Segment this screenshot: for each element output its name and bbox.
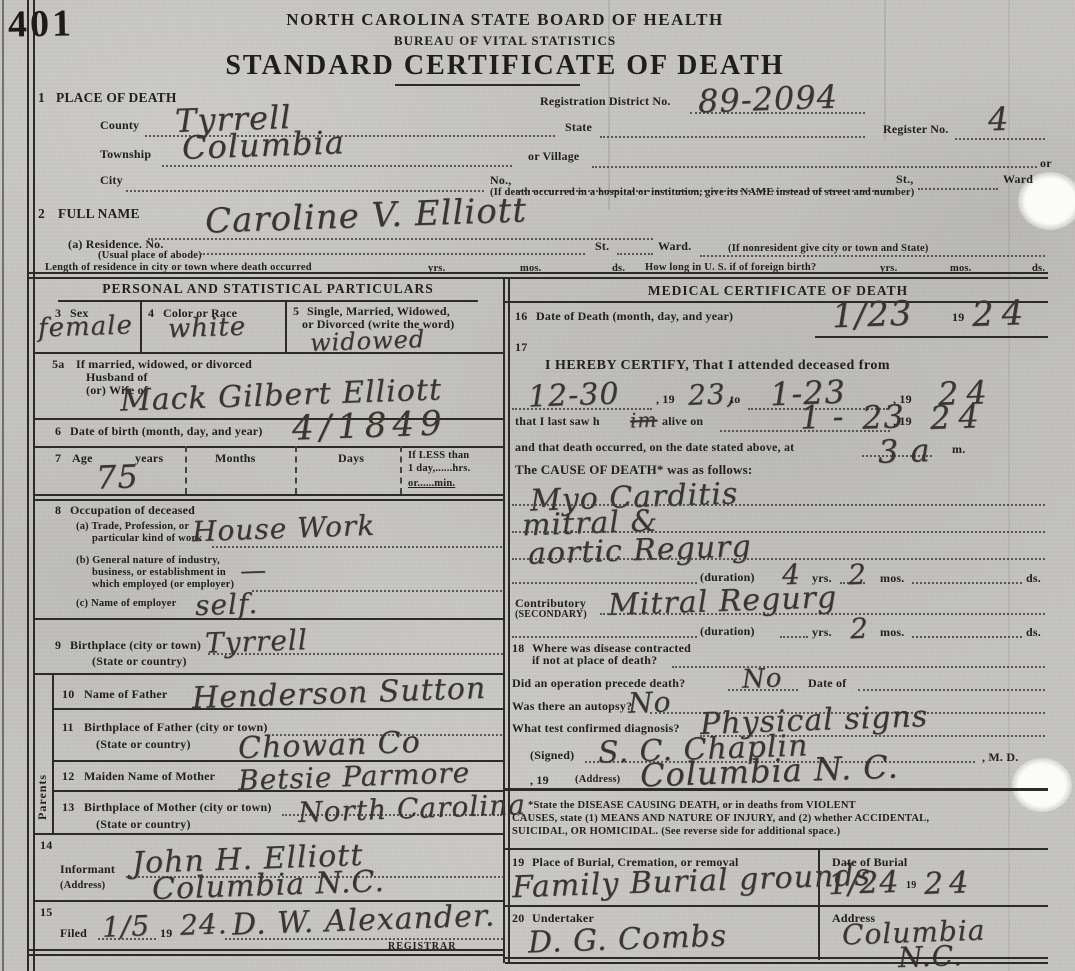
autopsy-value: No	[627, 685, 671, 719]
rule	[505, 848, 1048, 850]
operation-date-label: Date of	[808, 676, 846, 691]
dotted-line	[672, 666, 1045, 668]
death-certificate-scan: 401 NORTH CAROLINA STATE BOARD OF HEALTH…	[0, 0, 1075, 971]
dotted-line	[700, 255, 1045, 257]
contracted-label-2: if not at place of death?	[532, 653, 657, 668]
cause-of-death-label: The CAUSE OF DEATH* was as follows:	[515, 462, 752, 478]
nonresident-note: (If nonresident give city or town and St…	[728, 243, 929, 254]
residence-st-label: St.	[595, 239, 609, 254]
item-19-number: 19	[512, 855, 524, 870]
last-saw-year-prefix: , 19	[893, 414, 912, 429]
autopsy-label: Was there an autopsy?	[512, 699, 632, 714]
rule	[58, 300, 478, 302]
rule	[505, 301, 1048, 303]
from-year-prefix: , 19	[656, 392, 675, 407]
item-4-number: 4	[148, 306, 154, 321]
cause-line-3: aortic Regurg	[527, 529, 752, 572]
last-saw-scratch: im	[630, 408, 658, 433]
punch-hole	[1012, 758, 1072, 812]
birthplace-label: Birthplace (city or town)	[70, 638, 201, 653]
personal-section-title: PERSONAL AND STATISTICAL PARTICULARS	[33, 281, 503, 297]
item-9-number: 9	[55, 638, 61, 653]
filed-label: Filed	[60, 926, 87, 941]
dotted-line	[126, 190, 484, 192]
city-label: City	[100, 173, 123, 188]
rule	[505, 905, 1048, 907]
or-label: or	[1040, 156, 1052, 171]
item-15-number: 15	[40, 905, 52, 920]
rule	[33, 446, 503, 448]
left-rule-inner	[33, 0, 35, 971]
contributory-ds-label: ds.	[1026, 625, 1041, 640]
rule-double	[27, 949, 505, 956]
rule	[815, 336, 1048, 338]
dotted-line	[912, 582, 1022, 584]
registrar-signature: D. W. Alexander.	[231, 898, 495, 942]
color-race-value: white	[168, 312, 247, 345]
dotted-line	[512, 531, 1045, 533]
place-of-death-label: PLACE OF DEATH	[56, 90, 177, 106]
registration-district-label: Registration District No.	[540, 94, 671, 109]
item-13-number: 13	[62, 800, 74, 815]
filed-year-value: 24.	[179, 907, 228, 942]
to-label: to	[730, 392, 740, 407]
dotted-line	[617, 253, 653, 255]
residence-ward-label: Ward.	[658, 239, 691, 254]
item-20-number: 20	[512, 911, 524, 926]
register-no-value: 4	[987, 100, 1010, 139]
last-saw-value: 1 -	[799, 397, 845, 437]
occupation-a-label-1: (a) Trade, Profession, or	[76, 521, 189, 532]
age-years-label: years	[135, 451, 163, 466]
rule	[33, 618, 503, 620]
dob-value: 4/1849	[291, 403, 448, 448]
mother-birthplace-value: North Carolina	[297, 788, 526, 829]
last-saw-label: that I last saw h	[515, 414, 600, 429]
township-label: Township	[100, 147, 151, 162]
contributory-mos-value: 2	[849, 612, 869, 646]
hospital-note: (If death occurred in a hospital or inst…	[490, 187, 914, 198]
sex-value: female	[38, 310, 134, 343]
birthplace-sub-label: (State or country)	[92, 654, 187, 669]
if-less-label-1: If LESS than	[408, 450, 469, 461]
contributory-yrs-label: yrs.	[812, 625, 832, 640]
occupation-c-label: (c) Name of employer	[76, 598, 177, 609]
column-divider	[503, 277, 510, 963]
age-label: Age	[72, 451, 93, 466]
dotted-line	[600, 613, 1045, 615]
if-less-label-3: or......min.	[408, 478, 455, 489]
footnote-line-1: *State the DISEASE CAUSING DEATH, or in …	[528, 800, 856, 811]
item-11-number: 11	[62, 720, 74, 735]
registration-district-value: 89-2094	[697, 78, 838, 121]
last-saw-label-2: alive on	[662, 414, 703, 429]
item-16-number: 16	[515, 309, 527, 324]
dotted-line	[780, 636, 808, 638]
or-village-label: or Village	[528, 149, 579, 164]
item-7-number: 7	[55, 451, 61, 466]
mother-birthplace-label: Birthplace of Mother (city or town)	[84, 800, 272, 815]
occupation-label: Occupation of deceased	[70, 503, 195, 518]
item-1-number: 1	[38, 90, 45, 106]
full-name-label: FULL NAME	[58, 206, 140, 222]
filed-year-prefix: 19	[160, 926, 172, 941]
board-title: NORTH CAROLINA STATE BOARD OF HEALTH	[0, 10, 1010, 30]
dotted-line	[918, 188, 998, 190]
undertaker-address-value-2: N.C.	[897, 939, 963, 971]
mother-name-label: Maiden Name of Mother	[84, 769, 215, 784]
no-label: No.,	[490, 173, 511, 188]
undertaker-value: D. G. Combs	[527, 919, 727, 961]
cell-divider-dashed	[295, 446, 297, 494]
rule-double	[505, 957, 1048, 964]
death-time-value: 3 a	[877, 431, 931, 471]
cell-divider-dashed	[185, 446, 187, 494]
certify-intro: I HEREBY CERTIFY, That I attended deceas…	[545, 358, 890, 374]
dotted-line	[728, 689, 798, 691]
item-6-number: 6	[55, 424, 61, 439]
burial-year-prefix: 19	[906, 880, 916, 891]
fold-line	[1008, 0, 1010, 971]
occupation-a-label-2: particular kind of work	[92, 533, 202, 544]
from-year-value: 23,	[687, 377, 736, 412]
item-18-number: 18	[512, 641, 524, 656]
county-label: County	[100, 118, 139, 133]
medical-section-title: MEDICAL CERTIFICATE OF DEATH	[508, 283, 1048, 299]
certificate-title: STANDARD CERTIFICATE OF DEATH	[0, 50, 1010, 82]
cell-divider-dashed	[400, 446, 402, 494]
heavy-rule	[505, 788, 1048, 791]
dotted-line	[200, 253, 585, 255]
page-edge	[2, 0, 4, 971]
item-17-number: 17	[515, 340, 527, 355]
father-name-label: Name of Father	[84, 687, 167, 702]
dotted-line	[98, 938, 156, 940]
rule-double	[33, 494, 503, 501]
occupation-b-label-2: business, or establishment in	[92, 567, 226, 578]
section-divider	[27, 272, 1048, 279]
signed-label: (Signed)	[530, 748, 574, 763]
rule	[33, 833, 503, 835]
if-less-label-2: 1 day,......hrs.	[408, 463, 470, 474]
time-m-label: m.	[952, 442, 965, 457]
duration-ds-label: ds.	[1026, 571, 1041, 586]
last-saw-year-value: 24	[929, 397, 987, 437]
date-of-death-value: 1/23	[831, 294, 913, 337]
birthplace-value: Tyrrell	[204, 623, 308, 660]
date-of-death-year-prefix: 19	[952, 310, 964, 325]
item-12-number: 12	[62, 769, 74, 784]
informant-address-label: (Address)	[60, 880, 105, 891]
dotted-line	[512, 636, 697, 638]
footnote-line-3: SUICIDAL, OR HOMICIDAL. (See reverse sid…	[512, 826, 840, 837]
register-no-label: Register No.	[883, 122, 949, 137]
dob-label: Date of birth (month, day, and year)	[70, 424, 263, 439]
dotted-line	[225, 938, 503, 940]
death-occurred-label: and that death occurred, on the date sta…	[515, 440, 794, 455]
item-10-number: 10	[62, 687, 74, 702]
item-5-number: 5	[293, 304, 299, 319]
age-days-label: Days	[338, 451, 364, 466]
bureau-title: BUREAU OF VITAL STATISTICS	[0, 33, 1010, 49]
contributory-sub-label: (SECONDARY)	[515, 609, 587, 620]
md-label: , M. D.	[982, 750, 1018, 765]
age-years-value: 75	[95, 457, 139, 496]
age-months-label: Months	[215, 451, 256, 466]
informant-label: Informant	[60, 862, 115, 877]
dotted-line	[600, 136, 865, 138]
item-14-number: 14	[40, 838, 52, 853]
dotted-line	[212, 546, 502, 548]
date-of-death-label: Date of Death (month, day, and year)	[536, 309, 733, 324]
mother-birthplace-sub: (State or country)	[96, 817, 191, 832]
item-5a-number: 5a	[52, 357, 64, 372]
father-birthplace-sub: (State or country)	[96, 737, 191, 752]
rule	[33, 352, 503, 354]
township-value: Columbia	[181, 123, 345, 167]
footnote-line-2: CAUSES, state (1) MEANS AND NATURE OF IN…	[512, 813, 929, 824]
dotted-line	[912, 636, 1022, 638]
dotted-line	[858, 689, 1045, 691]
dotted-line	[512, 558, 1045, 560]
occupation-a-value: House Work	[191, 509, 375, 548]
contributory-duration-label: (duration)	[700, 624, 755, 639]
left-rule-outer	[27, 0, 29, 971]
parents-vertical-label: Parents	[35, 710, 50, 820]
cell-divider	[285, 300, 287, 352]
duration-mos-label: mos.	[880, 571, 904, 586]
contributory-value: Mitral Regurg	[607, 580, 837, 623]
occupation-b-value: —	[239, 556, 267, 587]
date-of-burial-value: 1/24	[827, 865, 900, 902]
item-8-number: 8	[55, 503, 61, 518]
dotted-line	[512, 582, 697, 584]
cell-divider	[140, 300, 142, 352]
occupation-b-label-1: (b) General nature of industry,	[76, 555, 220, 566]
abode-note: (Usual place of abode)	[98, 250, 202, 261]
state-label: State	[565, 120, 592, 135]
title-underline	[395, 84, 580, 86]
dotted-line	[592, 166, 1037, 168]
rule	[52, 708, 503, 710]
contributory-mos-label: mos.	[880, 625, 904, 640]
address-prefix: , 19	[530, 773, 549, 788]
parents-bracket-line	[52, 673, 54, 833]
date-of-death-year-value: 24	[971, 293, 1032, 335]
occupation-c-value: self.	[194, 587, 258, 622]
burial-year-value: 24	[923, 865, 974, 902]
full-name-value: Caroline V. Elliott	[204, 190, 527, 241]
item-2-number: 2	[38, 206, 45, 222]
dotted-line	[955, 138, 1045, 140]
address-label: (Address)	[575, 774, 620, 785]
ward-label: Ward	[1003, 172, 1033, 187]
dotted-line	[252, 590, 502, 592]
st-label: St.,	[896, 172, 913, 187]
duration-mos-value: 2	[847, 558, 867, 592]
